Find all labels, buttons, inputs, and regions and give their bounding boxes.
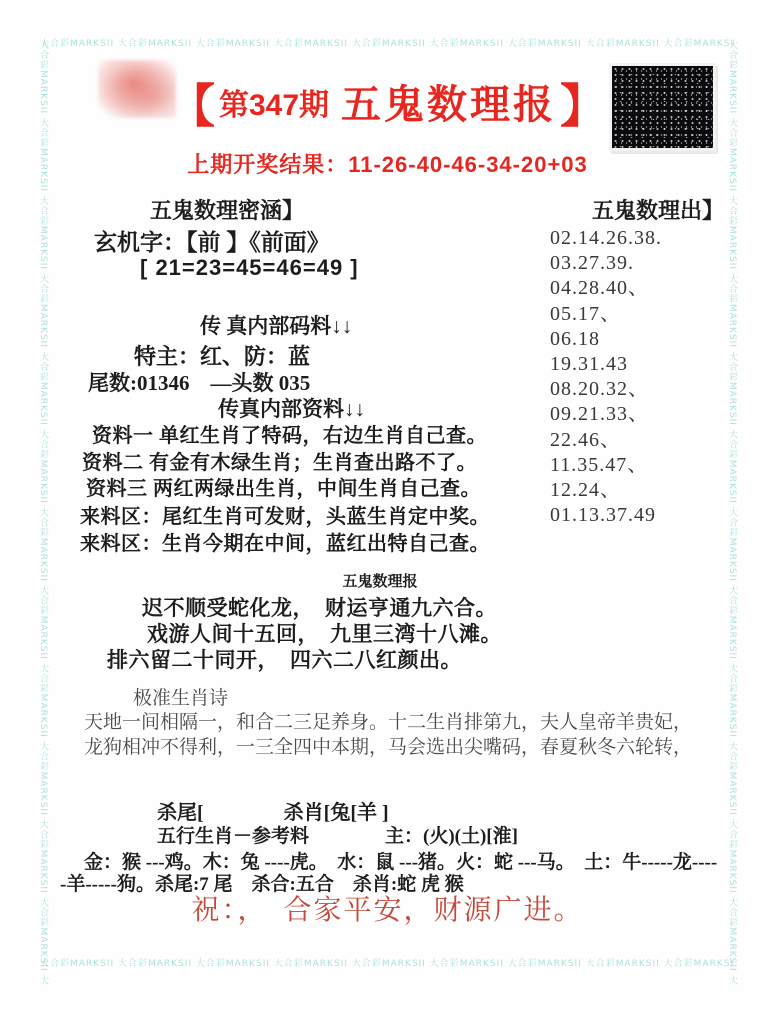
- number-group: 02.14.26.38.: [550, 226, 720, 251]
- newspaper-page: 大合彩MARKSII 大合彩MARKSII 大合彩MARKSII 大合彩MARK…: [0, 0, 775, 1026]
- number-group: 03.27.39.: [550, 251, 720, 276]
- zodiac-poem-line: 天地一间相隔一，和合二三足养身。十二生肖排第九，夫人皇帝羊贵妃，: [84, 707, 692, 734]
- material-line: 资料一 单红生肖了特码，右边生肖自己查。: [92, 419, 487, 448]
- material-line: 来料区：尾红生肖可发财，头蓝生肖定中奖。: [80, 500, 490, 529]
- number-group: 01.13.37.49: [550, 503, 720, 528]
- number-equation-line: [ 21=23=45=46=49 ]: [140, 255, 359, 281]
- number-group: 09.21.33、: [550, 402, 720, 427]
- zodiac-poem-line: 龙狗相冲不得利，一三全四中本期，马会选出尖嘴码，春夏秋冬六轮转，: [84, 732, 692, 759]
- five-elements-reference-line: 五行生肖－参考料 主：(火)(土)[淮]: [157, 821, 518, 848]
- number-group: 05.17、: [550, 302, 720, 327]
- poem-line: 排六留二十同开， 四六二八红颜出。: [107, 644, 462, 674]
- decorative-border-left: 大合彩MARKSII 大合彩MARKSII 大合彩MARKSII 大合彩MARK…: [36, 40, 50, 986]
- number-group: 22.46、: [550, 428, 720, 453]
- title-open-bracket: 【: [169, 81, 215, 132]
- number-group: 06.18: [550, 327, 720, 352]
- previous-draw-result: 上期开奖结果：11-26-40-46-34-20+03: [0, 148, 775, 179]
- fax-code-section-title: 传 真内部码料↓↓: [200, 310, 352, 340]
- previous-draw-label: 上期开奖结果：: [187, 152, 348, 177]
- number-group-list: 02.14.26.38. 03.27.39. 04.28.40、 05.17、 …: [550, 226, 720, 528]
- material-line: 资料二 有金有木绿生肖；生肖查出路不了。: [82, 446, 477, 475]
- blessing-line: 祝：， 合家平安，财源广进。: [0, 888, 775, 928]
- left-column-header: 五鬼数理密涵】: [150, 194, 304, 225]
- decorative-border-top: 大合彩MARKSII 大合彩MARKSII 大合彩MARKSII 大合彩MARK…: [40, 36, 735, 50]
- previous-draw-numbers: 11-26-40-46-34-20+03: [348, 152, 588, 177]
- zodiac-poem-title: 极准生肖诗: [133, 683, 228, 710]
- issue-number: 第347期: [219, 89, 329, 122]
- qr-code-noise-box: [612, 66, 713, 148]
- number-group: 08.20.32、: [550, 377, 720, 402]
- number-group: 19.31.43: [550, 352, 720, 377]
- decorative-border-right: 大合彩MARKSII 大合彩MARKSII 大合彩MARKSII 大合彩MARK…: [725, 40, 739, 986]
- title-close-bracket: 】: [560, 81, 606, 132]
- decorative-border-bottom: 大合彩MARKSII 大合彩MARKSII 大合彩MARKSII 大合彩MARK…: [40, 956, 735, 970]
- number-group: 11.35.47、: [550, 453, 720, 478]
- number-group: 04.28.40、: [550, 276, 720, 301]
- right-column-header: 五鬼数理出】: [592, 194, 724, 225]
- paper-name: 五鬼数理报: [341, 82, 556, 127]
- mystery-word-line: 玄机字：【前 】《前面》: [94, 224, 330, 257]
- number-group: 12.24、: [550, 478, 720, 503]
- material-line: 资料三 两红两绿出生肖，中间生肖自己查。: [86, 472, 481, 501]
- poem-title: 五鬼数理报: [300, 570, 460, 591]
- material-line: 来料区：生肖今期在中间，蓝红出特自己查。: [80, 527, 490, 556]
